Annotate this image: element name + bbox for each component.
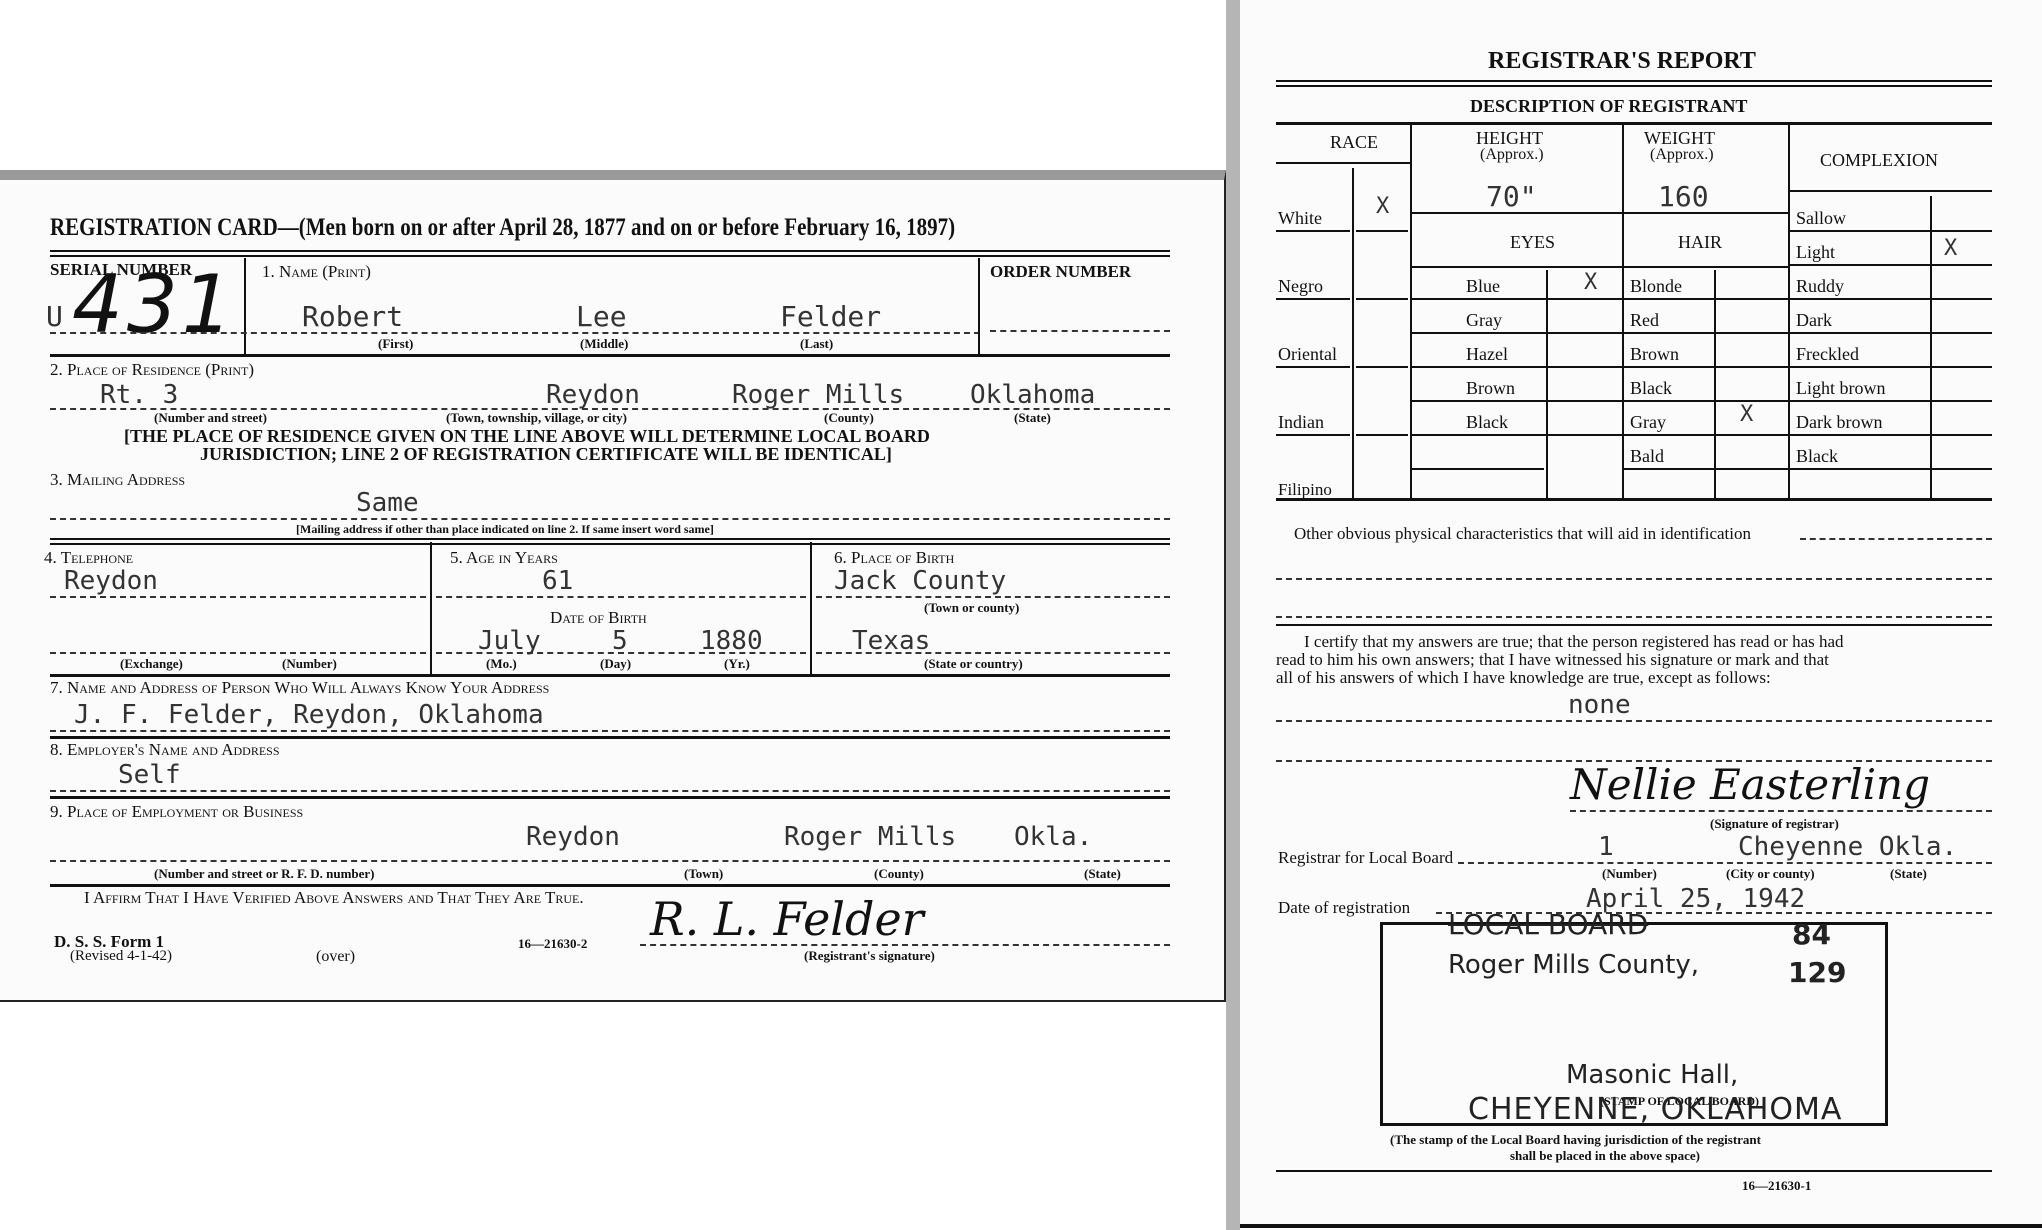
date-label: Date of registration (1278, 898, 1410, 918)
last-name-value: Felder (780, 300, 881, 333)
stamp-num2: 129 (1788, 956, 1846, 989)
employment-town-caption: (Town) (684, 866, 723, 882)
stamp-note-2: shall be placed in the above space) (1510, 1148, 1700, 1164)
other-characteristics-field (1276, 578, 1992, 580)
fill-line (50, 652, 426, 654)
eyes-blue-mark: X (1584, 270, 1597, 295)
card-edge (1240, 1224, 2042, 1228)
divider (810, 542, 812, 674)
complexion-black: Black (1796, 446, 1838, 467)
race-oriental: Oriental (1278, 344, 1337, 365)
divider (1412, 400, 1992, 402)
certify-text-3: all of his answers of which I have knowl… (1276, 668, 1771, 688)
registrar-report-card: REGISTRAR'S REPORT DESCRIPTION OF REGIST… (1226, 0, 2042, 1230)
employer-label: 8. Employer's Name and Address (50, 740, 280, 760)
employment-county-caption: (County) (874, 866, 924, 882)
print-code: 16—21630-2 (518, 936, 587, 952)
divider (1276, 298, 1350, 300)
complexion-ruddy: Ruddy (1796, 276, 1844, 297)
race-white: White (1278, 208, 1322, 229)
hair-blonde: Blonde (1630, 276, 1682, 297)
divider (1788, 124, 1790, 500)
height-value: 70" (1486, 180, 1537, 213)
divider (50, 674, 1170, 677)
certify-text-2: read to him his own answers; that I have… (1276, 650, 1829, 670)
divider (1276, 230, 1350, 232)
divider (1412, 298, 1992, 300)
divider (1356, 434, 1408, 436)
employment-label: 9. Place of Employment or Business (50, 802, 303, 822)
signature-caption: (Registrant's signature) (804, 948, 935, 964)
middle-name-value: Lee (576, 300, 627, 333)
contact-value: J. F. Felder, Reydon, Oklahoma (74, 700, 544, 730)
residence-county: Roger Mills (732, 380, 904, 410)
other-characteristics-label: Other obvious physical characteristics t… (1294, 524, 1751, 544)
divider (1790, 190, 1992, 192)
fill-line (436, 596, 806, 598)
age-label: 5. Age in Years (450, 548, 558, 568)
divider (978, 258, 980, 354)
divider (1410, 124, 1412, 500)
year-caption: (Yr.) (724, 656, 750, 672)
fill-line (50, 790, 1170, 792)
stamp-line4: CHEYENNE, OKLAHOMA (1468, 1092, 1842, 1127)
employment-state: Okla. (1014, 822, 1092, 852)
local-board-city: Cheyenne Okla. (1738, 832, 1957, 862)
residence-town: Reydon (546, 380, 640, 410)
stamp-note-1: (The stamp of the Local Board having jur… (1390, 1132, 1761, 1148)
race-white-mark: X (1376, 194, 1389, 219)
hair-gray: Gray (1630, 412, 1666, 433)
fill-line (50, 596, 426, 598)
mailing-address: Same (356, 488, 419, 518)
divider (50, 736, 1170, 739)
race-indian: Indian (1278, 412, 1324, 433)
contact-label: 7. Name and Address of Person Who Will A… (50, 678, 549, 698)
birthplace-label: 6. Place of Birth (834, 548, 954, 568)
fill-line (436, 652, 806, 654)
race-filipino: Filipino (1278, 480, 1332, 500)
birthplace-state-caption: (State or country) (924, 656, 1023, 672)
divider (1276, 434, 1350, 436)
employment-county: Roger Mills (784, 822, 956, 852)
stamp-line3: Masonic Hall, (1566, 1060, 1738, 1090)
divider (1930, 196, 1932, 500)
divider (50, 884, 1170, 887)
registrar-signature-caption: (Signature of registrar) (1710, 816, 1839, 832)
hair-bald: Bald (1630, 446, 1664, 467)
middle-caption: (Middle) (580, 336, 628, 352)
residence-state: Oklahoma (970, 380, 1095, 410)
divider (1356, 230, 1408, 232)
divider (1276, 122, 1992, 125)
residence-label: 2. Place of Residence (Print) (50, 360, 254, 380)
first-caption: (First) (378, 336, 413, 352)
month-caption: (Mo.) (486, 656, 517, 672)
eyes-hazel: Hazel (1466, 344, 1508, 365)
age-value: 61 (542, 566, 573, 596)
hair-black: Black (1630, 378, 1672, 399)
telephone-label: 4. Telephone (44, 548, 133, 568)
employer-value: Self (118, 760, 181, 790)
divider (1276, 162, 1410, 164)
number-caption: (Number) (1602, 866, 1657, 882)
serial-prefix: U (46, 300, 63, 333)
exchange-caption: (Exchange) (120, 656, 183, 672)
height-sub: (Approx.) (1480, 146, 1544, 164)
fill-line (50, 730, 1170, 732)
fill-line (1276, 616, 1992, 618)
certify-text-1: I certify that my answers are true; that… (1304, 632, 1844, 652)
order-number-field (990, 330, 1170, 332)
fill-line (50, 860, 1170, 862)
divider (1356, 298, 1408, 300)
employment-state-caption: (State) (1084, 866, 1121, 882)
affirm-text: I Affirm That I Have Verified Above Answ… (84, 888, 584, 908)
divider (430, 542, 432, 674)
order-number-label: ORDER NUMBER (990, 262, 1131, 282)
weight-value: 160 (1658, 180, 1709, 213)
divider (1624, 468, 1992, 470)
state-caption: (State) (1014, 410, 1051, 426)
first-name-value: Robert (302, 300, 403, 333)
fill-line (816, 596, 1170, 598)
last-caption: (Last) (800, 336, 833, 352)
local-board-label: Registrar for Local Board (1278, 848, 1453, 868)
number-caption: (Number) (282, 656, 337, 672)
street-caption: (Number and street) (154, 410, 267, 426)
hair-header: HAIR (1678, 232, 1722, 253)
divider (1546, 270, 1548, 500)
complexion-dark-brown: Dark brown (1796, 412, 1882, 433)
divider (1790, 264, 1992, 266)
report-print-code: 16—21630-1 (1742, 1178, 1811, 1194)
fill-line (816, 652, 1170, 654)
complexion-freckled: Freckled (1796, 344, 1859, 365)
divider (1276, 80, 1992, 87)
divider (50, 538, 1170, 545)
report-title: REGISTRAR'S REPORT (1488, 48, 1756, 75)
complexion-sallow: Sallow (1796, 208, 1846, 229)
divider (244, 258, 246, 354)
stamp-line2: Roger Mills County, (1448, 950, 1699, 980)
divider (1352, 168, 1354, 500)
mailing-label: 3. Mailing Address (50, 470, 185, 490)
form-revised: (Revised 4-1-42) (70, 948, 172, 965)
town-caption: (Town, township, village, or city) (446, 410, 627, 426)
divider (1790, 230, 1992, 232)
local-board-number: 1 (1598, 832, 1614, 862)
divider (50, 796, 1170, 799)
complexion-light-brown: Light brown (1796, 378, 1886, 399)
card-title: REGISTRATION CARD—(Men born on or after … (50, 214, 955, 242)
stamp-line1: LOCAL BOARD (1448, 908, 1648, 941)
eyes-blue: Blue (1466, 276, 1500, 297)
divider (1412, 366, 1992, 368)
name-label: 1. Name (Print) (262, 262, 371, 282)
divider (1412, 332, 1992, 334)
complexion-dark: Dark (1796, 310, 1832, 331)
day-caption: (Day) (600, 656, 631, 672)
hair-brown: Brown (1630, 344, 1679, 365)
birthplace-town-caption: (Town or county) (924, 600, 1019, 616)
registrant-signature: R. L. Felder (650, 892, 924, 946)
telephone-value: Reydon (64, 566, 158, 596)
employment-town: Reydon (526, 822, 620, 852)
divider (1412, 212, 1788, 214)
divider (1412, 434, 1992, 436)
fill-line (1800, 538, 1992, 540)
divider (1276, 498, 1992, 501)
city-caption: (City or county) (1726, 866, 1815, 882)
divider (1356, 366, 1408, 368)
state-caption: (State) (1890, 866, 1927, 882)
signature-line (1570, 810, 1992, 812)
complexion-light-mark: X (1944, 236, 1957, 261)
hair-red: Red (1630, 310, 1659, 331)
registration-card: REGISTRATION CARD—(Men born on or after … (0, 170, 1226, 1002)
divider (1276, 1170, 1992, 1172)
birthplace-town: Jack County (834, 566, 1006, 596)
over-note: (over) (316, 948, 355, 966)
exceptions-value: none (1568, 690, 1631, 720)
complexion-light: Light (1796, 242, 1835, 263)
complexion-header: COMPLEXION (1820, 150, 1938, 171)
eyes-gray: Gray (1466, 310, 1502, 331)
eyes-header: EYES (1510, 232, 1555, 253)
divider (50, 250, 1170, 257)
description-subtitle: DESCRIPTION OF REGISTRANT (1470, 96, 1747, 117)
residence-notice-2: JURISDICTION; LINE 2 OF REGISTRATION CER… (200, 444, 892, 465)
mailing-caption: [Mailing address if other than place ind… (296, 522, 714, 537)
divider (1622, 124, 1624, 500)
divider (1412, 266, 1788, 268)
employment-street-caption: (Number and street or R. F. D. number) (154, 866, 375, 882)
serial-number: 431 (72, 258, 237, 351)
weight-sub: (Approx.) (1650, 146, 1714, 164)
stamp-num1: 84 (1792, 918, 1831, 951)
race-negro: Negro (1278, 276, 1323, 297)
dob-label: Date of Birth (550, 608, 647, 628)
fill-line (50, 332, 980, 334)
divider (1412, 468, 1544, 470)
divider (50, 354, 1170, 357)
hair-gray-mark: X (1740, 402, 1753, 427)
fill-line (1276, 720, 1992, 722)
divider (1276, 624, 1992, 626)
county-caption: (County) (824, 410, 874, 426)
signature-line (640, 944, 1170, 946)
eyes-brown: Brown (1466, 378, 1515, 399)
fill-line (1458, 862, 1992, 864)
fill-line (50, 518, 1170, 520)
residence-street: Rt. 3 (100, 380, 178, 410)
eyes-black: Black (1466, 412, 1508, 433)
divider (1276, 366, 1350, 368)
divider (1714, 270, 1716, 500)
race-header: RACE (1330, 132, 1378, 153)
registrar-signature: Nellie Easterling (1570, 760, 1930, 809)
